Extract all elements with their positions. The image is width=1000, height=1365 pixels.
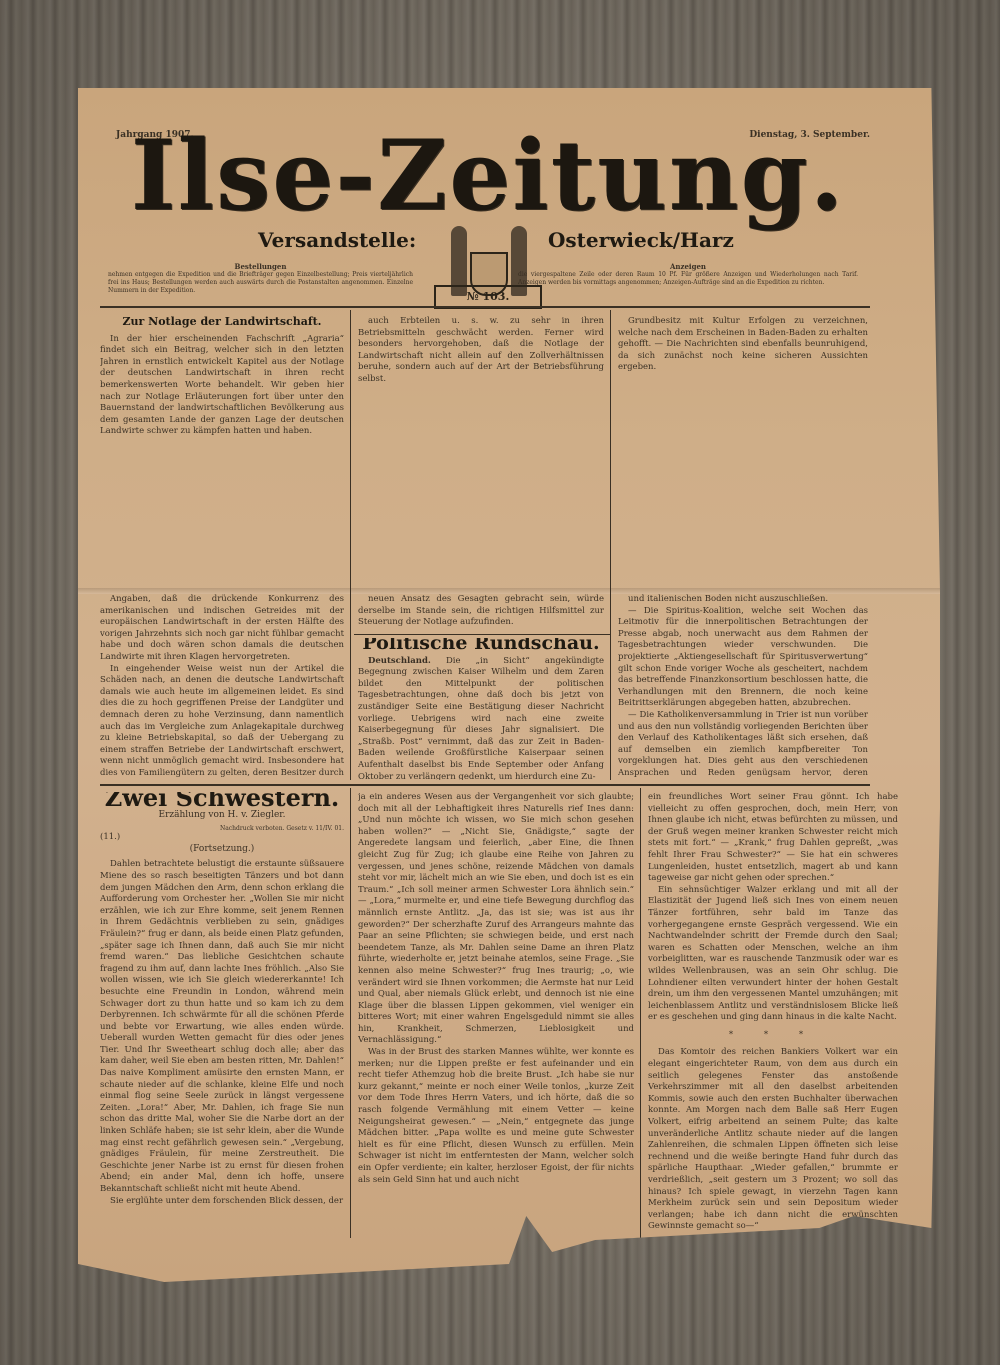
article-politik: Politische Rundschau. Deutschland. Die „… bbox=[358, 638, 604, 780]
article-text: Grundbesitz mit Kultur Erfolgen zu verze… bbox=[618, 316, 868, 374]
article-text: Was in der Brust des starken Mannes wühl… bbox=[358, 1047, 634, 1186]
serial-part: (11.) bbox=[100, 832, 344, 844]
dispatch-label: Versandstelle: bbox=[258, 228, 416, 252]
section-separator: * * * bbox=[648, 1030, 898, 1042]
article-politik-right: und italienischen Boden nicht auszuschli… bbox=[618, 594, 868, 780]
ads-header: Anzeigen bbox=[518, 263, 858, 271]
article-text: ja ein anderes Wesen aus der Vergangenhe… bbox=[358, 792, 634, 1047]
serial-col1: Zwei Schwestern. Erzählung von H. v. Zie… bbox=[100, 792, 344, 1242]
subscriptions-header: Bestellungen bbox=[108, 263, 413, 271]
subscriptions-block: Bestellungen nehmen entgegen die Expedit… bbox=[108, 263, 413, 295]
article-text: ein freundliches Wort seiner Frau gönnt.… bbox=[648, 792, 898, 885]
article-landwirtschaft-col2-lower: neuen Ansatz des Gesagten gebracht sein,… bbox=[358, 594, 604, 630]
serial-col3: ein freundliches Wort seiner Frau gönnt.… bbox=[648, 792, 898, 1242]
article-text: — Die Katholikenversammlung in Trier ist… bbox=[618, 710, 868, 780]
reprint-note: Nachdruck verboten. Gesetz v. 11/IV. 01. bbox=[100, 825, 344, 832]
headline-zwei-schwestern: Zwei Schwestern. bbox=[100, 792, 344, 804]
ads-text: die viergespaltene Zeile oder deren Raum… bbox=[518, 271, 858, 287]
ads-block: Anzeigen die viergespaltene Zeile oder d… bbox=[518, 263, 858, 287]
headline-politik: Politische Rundschau. bbox=[358, 638, 604, 650]
column-divider bbox=[610, 310, 611, 780]
article-text: In eingehender Weise weist nun der Artik… bbox=[100, 664, 344, 780]
article-landwirtschaft-col1: Zur Notlage der Landwirtschaft. In der h… bbox=[100, 316, 344, 588]
article-text: — Die Spiritus-Koalition, welche seit Wo… bbox=[618, 606, 868, 710]
article-text: Ein sehnsüchtiger Walzer erklang und mit… bbox=[648, 885, 898, 1024]
article-text: Die „in Sicht“ angekündigte Begegnung zw… bbox=[358, 656, 604, 780]
section-rule bbox=[354, 634, 610, 635]
section-deutschland: Deutschland. bbox=[368, 656, 431, 666]
article-col3-upper: Grundbesitz mit Kultur Erfolgen zu verze… bbox=[618, 316, 868, 588]
serial-continuation: (Fortsetzung.) bbox=[100, 844, 344, 856]
headline-landwirtschaft: Zur Notlage der Landwirtschaft. bbox=[100, 316, 344, 328]
masthead-rule bbox=[100, 306, 870, 308]
feuilleton-rule bbox=[100, 784, 870, 786]
column-divider bbox=[350, 788, 351, 1238]
article-text: In der hier erscheinenden Fachschrift „A… bbox=[100, 334, 344, 438]
article-text: Dahlen betrachtete belustigt die erstaun… bbox=[100, 859, 344, 1195]
column-divider bbox=[350, 310, 351, 780]
article-text: Das Komtoir des reichen Bankiers Volkert… bbox=[648, 1047, 898, 1233]
newspaper-page: Jahrgang 1907. Dienstag, 3. September. I… bbox=[78, 88, 940, 1288]
article-landwirtschaft-col1-lower: Angaben, daß die drückende Konkurrenz de… bbox=[100, 594, 344, 780]
article-text: Sie erglühte unter dem forschenden Blick… bbox=[100, 1196, 344, 1208]
article-text: und italienischen Boden nicht auszuschli… bbox=[618, 594, 868, 606]
article-landwirtschaft-col2: auch Erbteilen u. s. w. zu sehr in ihren… bbox=[358, 316, 604, 588]
article-text: neuen Ansatz des Gesagten gebracht sein,… bbox=[358, 594, 604, 629]
article-text: auch Erbteilen u. s. w. zu sehr in ihren… bbox=[358, 316, 604, 386]
subscriptions-text: nehmen entgegen die Expedition und die B… bbox=[108, 271, 413, 295]
article-text: Angaben, daß die drückende Konkurrenz de… bbox=[100, 594, 344, 664]
serial-col2: ja ein anderes Wesen aus der Vergangenhe… bbox=[358, 792, 634, 1242]
column-divider bbox=[640, 788, 641, 1238]
dispatch-place: Osterwieck/Harz bbox=[548, 228, 734, 252]
